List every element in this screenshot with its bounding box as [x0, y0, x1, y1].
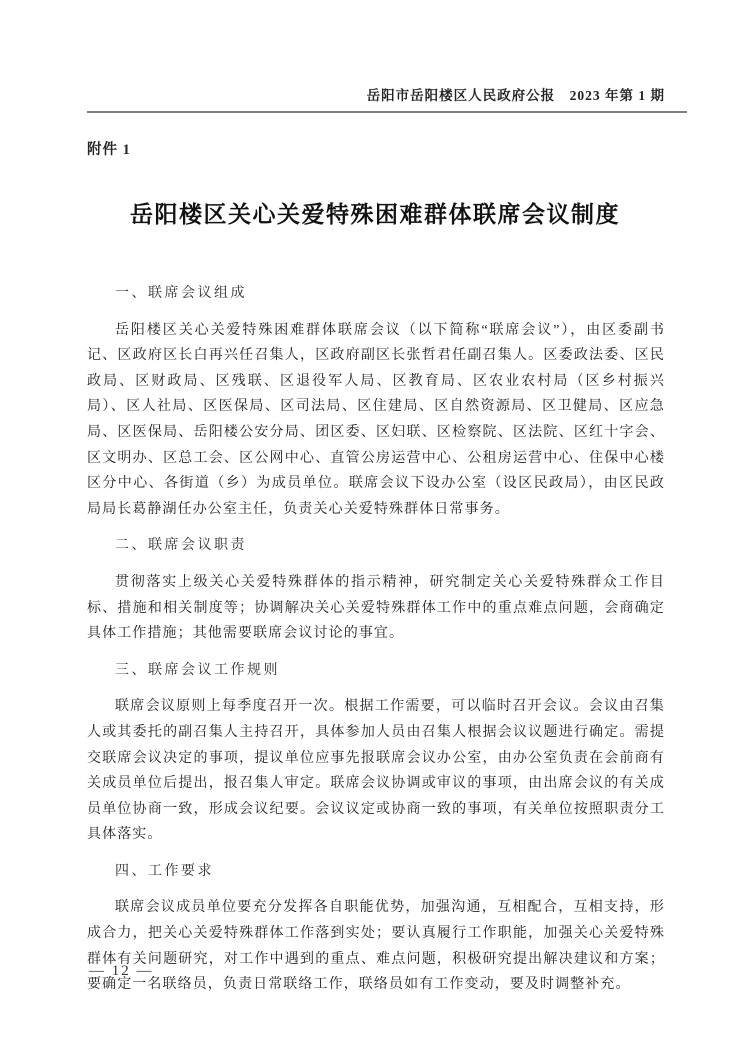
section-1-heading: 一、联席会议组成 [87, 281, 665, 307]
attachment-label: 附件 1 [87, 138, 131, 159]
section-3-heading: 三、联席会议工作规则 [87, 658, 665, 684]
section-4: 四、工作要求 联席会议成员单位要充分发挥各自职能优势，加强沟通，互相配合，互相支… [87, 859, 665, 998]
document-page: 岳阳市岳阳楼区人民政府公报 2023 年第 1 期 附件 1 岳阳楼区关心关爱特… [0, 0, 750, 1061]
publication-header: 岳阳市岳阳楼区人民政府公报 2023 年第 1 期 [367, 84, 687, 104]
section-2-paragraph: 贯彻落实上级关心关爱特殊群体的指示精神，研究制定关心关爱特殊群众工作目标、措施和… [87, 570, 665, 647]
section-1-paragraph: 岳阳楼区关心关爱特殊困难群体联席会议（以下简称“联席会议”），由区委副书记、区政… [87, 318, 665, 523]
page-header-rule: 岳阳市岳阳楼区人民政府公报 2023 年第 1 期 [87, 84, 687, 113]
section-4-paragraph: 联席会议成员单位要充分发挥各自职能优势，加强沟通，互相配合，互相支持，形成合力，… [87, 895, 665, 997]
section-4-heading: 四、工作要求 [87, 859, 665, 885]
section-3: 三、联席会议工作规则 联席会议原则上每季度召开一次。根据工作需要，可以临时召开会… [87, 658, 665, 848]
section-3-paragraph: 联席会议原则上每季度召开一次。根据工作需要，可以临时召开会议。会议由召集人或其委… [87, 694, 665, 848]
document-body: 一、联席会议组成 岳阳楼区关心关爱特殊困难群体联席会议（以下简称“联席会议”），… [87, 270, 665, 1009]
section-2: 二、联席会议职责 贯彻落实上级关心关爱特殊群体的指示精神，研究制定关心关爱特殊群… [87, 533, 665, 646]
section-1: 一、联席会议组成 岳阳楼区关心关爱特殊困难群体联席会议（以下简称“联席会议”），… [87, 281, 665, 522]
document-title: 岳阳楼区关心关爱特殊困难群体联席会议制度 [0, 196, 750, 229]
section-2-heading: 二、联席会议职责 [87, 533, 665, 559]
footer-page-number: — 12 — [89, 963, 154, 980]
